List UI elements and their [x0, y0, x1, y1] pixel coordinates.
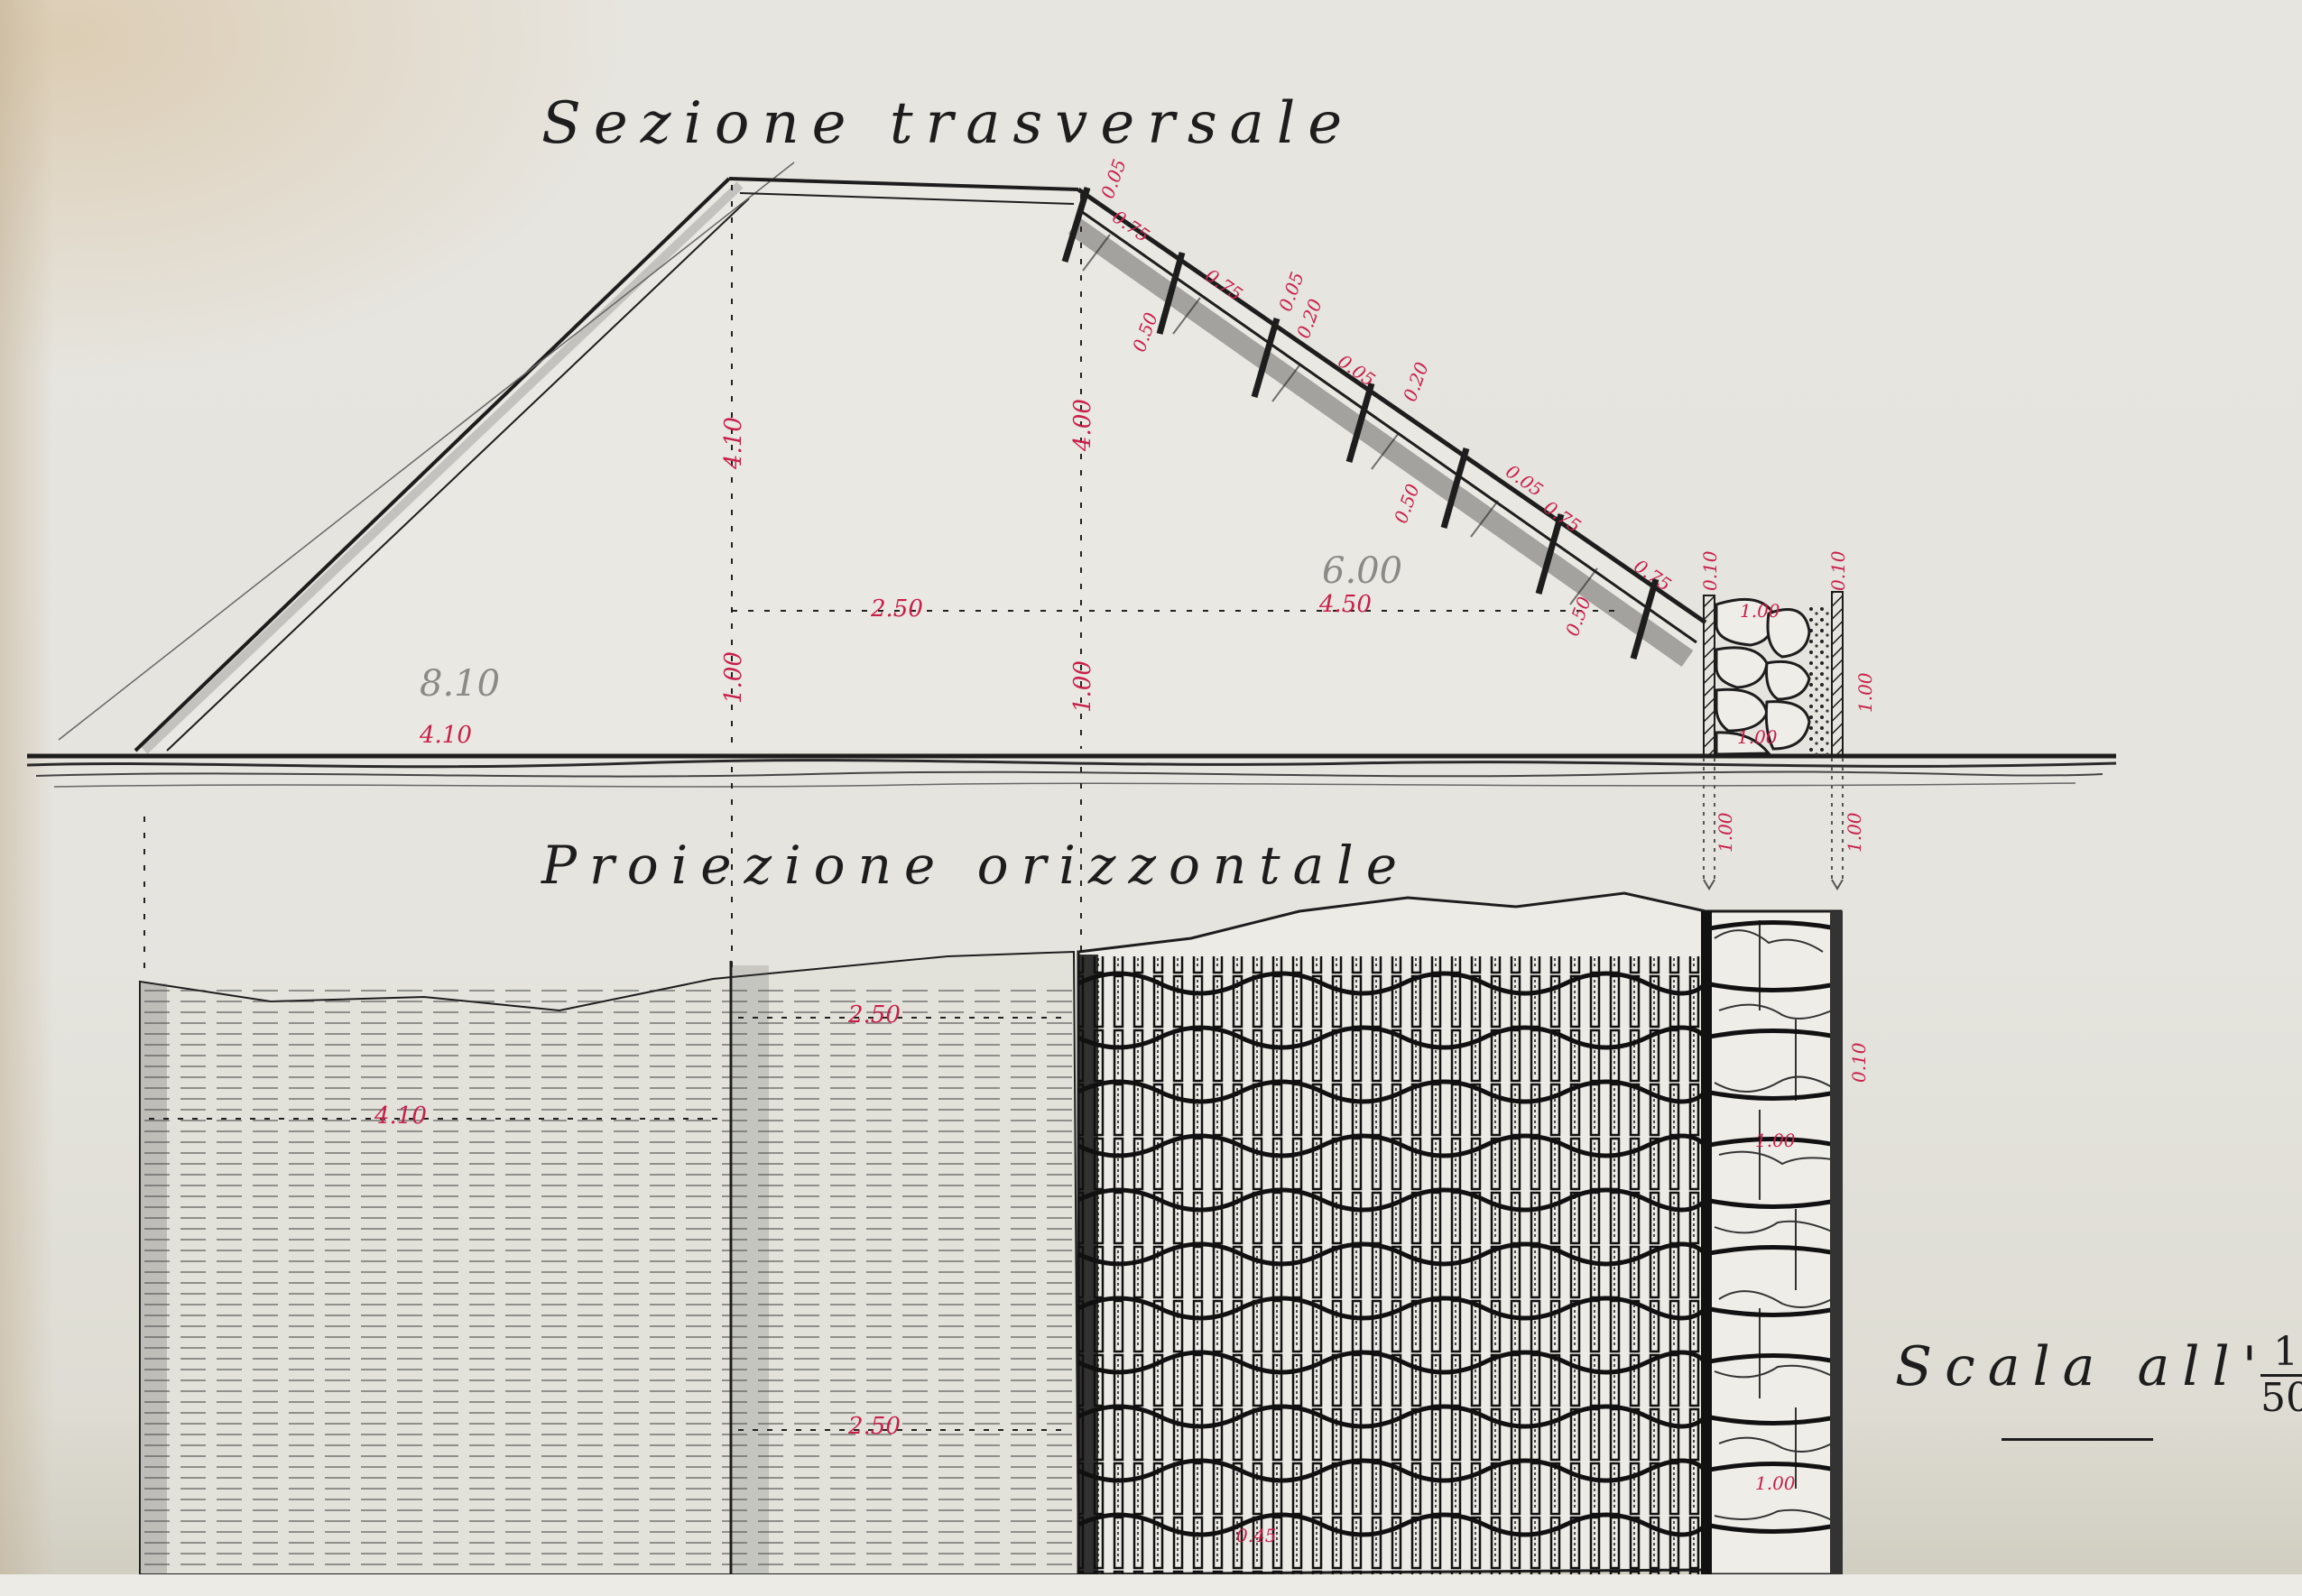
section-title: Sezione trasversale: [541, 90, 1354, 157]
ground-line: [27, 756, 2116, 787]
scale-numerator: 1: [2260, 1331, 2302, 1377]
dike-profile: [59, 162, 1706, 751]
scale-fraction: 1 50: [2260, 1331, 2302, 1420]
dim-base-height-left: 1.00: [720, 651, 747, 704]
dim-pile-depth-right: 1.00: [1844, 812, 1865, 853]
dim-crib-bottom: 1.00: [1737, 726, 1778, 748]
dim-crib-height: 1.00: [1854, 672, 1876, 713]
dim-slope-horizontal: 4.50: [1319, 591, 1372, 618]
dim-crest-width: 2.50: [871, 595, 923, 623]
dim-plan-middle-top: 2.50: [848, 1001, 901, 1029]
dim-plan-post-spacing: 0.10: [1848, 1042, 1870, 1083]
dim-crib-top: 1.00: [1740, 600, 1780, 622]
dim-crest-height-right: 4.00: [1069, 399, 1096, 451]
scale-label: Scala all': [1895, 1335, 2270, 1398]
dim-plan-middle-bottom: 2.50: [848, 1413, 901, 1440]
dim-base-height-right: 1.00: [1069, 660, 1096, 713]
pencil-note-left: 8.10: [420, 663, 500, 705]
pencil-note-right: 6.00: [1322, 550, 1402, 592]
dim-post-top-right: 0.10: [1827, 550, 1849, 591]
dim-plan-crib-bottom: 1.00: [1755, 1472, 1796, 1494]
dim-plan-wattle-spacing: 0.45: [1236, 1525, 1277, 1546]
dim-plan-crib: 1.00: [1755, 1130, 1796, 1151]
dim-crest-height-left: 4.10: [720, 417, 747, 469]
dim-plan-left-width: 4.10: [374, 1102, 427, 1130]
plan-title: Proiezione orizzontale: [541, 835, 1410, 896]
paper-bottom-edge: [0, 1574, 2302, 1596]
dim-left-base: 4.10: [420, 722, 472, 749]
scale-underline: [2002, 1438, 2153, 1441]
dim-post-top-left: 0.10: [1699, 550, 1721, 591]
dim-pile-depth-left: 1.00: [1715, 812, 1736, 853]
plan-view: [140, 893, 1843, 1574]
scale-denominator: 50: [2260, 1377, 2302, 1420]
